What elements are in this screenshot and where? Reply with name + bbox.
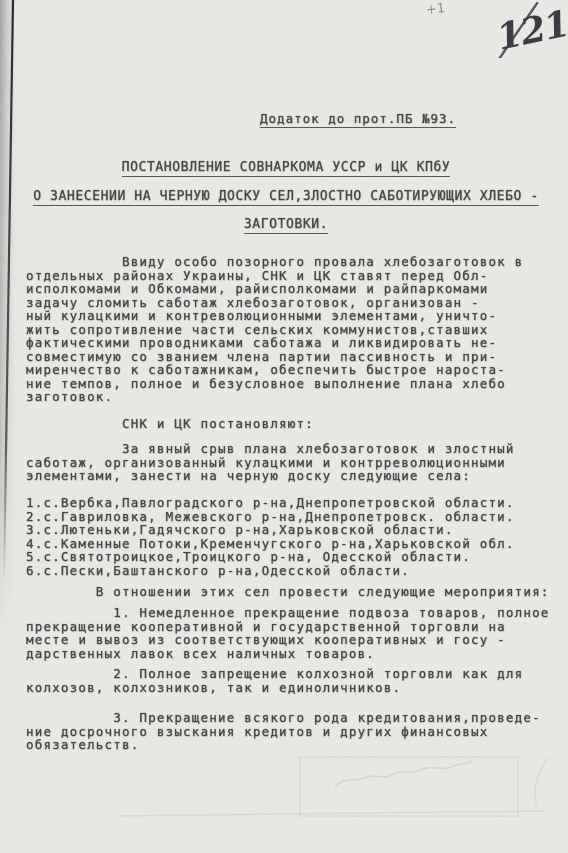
typed-line: прекращение кооперативной и государствен… [26, 620, 550, 634]
typed-line: дарственных лавок всех наличных товаров. [26, 647, 550, 661]
typed-line: Ввиду особо позорного провала хлебозагот… [26, 255, 523, 269]
typed-line: элементами, занести на черную доску след… [26, 469, 515, 483]
typed-line: 5.с.Святотроицкое,Троицкого р-на, Одесск… [26, 550, 515, 564]
typed-line: ние досрочного взыскания кредитов и друг… [26, 725, 541, 739]
appendix-note: Додаток до прот.ПБ №93. [260, 111, 456, 126]
blacklisted-village-list: 1.с.Вербка,Павлоградского р-на,Днепропет… [26, 496, 515, 577]
typed-line: миренчество к саботажникам, обеспечить б… [26, 363, 523, 377]
paper-edge-shadow [0, 0, 16, 640]
typed-line: 2. Полное запрещение колхозной торговли … [26, 667, 523, 681]
typed-line: совместимую со званием члена партии пасс… [26, 350, 523, 364]
measures-intro: В отношении этих сел провести следующие … [26, 585, 550, 599]
title-line-3: ЗАГОТОВКИ. [26, 217, 546, 246]
typed-line: фактическими проводниками саботажа и лик… [26, 336, 523, 350]
typed-line: задачу сломить саботаж хлебозаготовок, о… [26, 296, 523, 310]
typed-document-content: Додаток до прот.ПБ №93. ПОСТАНОВЛЕНИЕ СО… [26, 108, 546, 828]
title-line-1: ПОСТАНОВЛЕНИЕ СОВНАРКОМА УССР и ЦК КПбУ [26, 160, 546, 189]
typed-line: исполкомами и Обкомами, райисполкомами и… [26, 282, 523, 296]
measure-paragraph-2: 2. Полное запрещение колхозной торговли … [26, 667, 523, 694]
typed-line: ный кулацкими и контреволюционными элеме… [26, 309, 523, 323]
handwritten-page-number: 121 [488, 0, 566, 58]
typed-line: обязательств. [26, 738, 541, 752]
typed-line: 1. Немедленное прекращение подвоза товар… [26, 606, 550, 620]
preamble-paragraph: Ввиду особо позорного провала хлебозагот… [26, 255, 523, 404]
typed-line: За явный срыв плана хлебозаготовок и зло… [26, 442, 515, 456]
page-number-slash-stroke [490, 3, 547, 58]
typed-line: колхозов, колхозников, так и единоличник… [26, 681, 523, 695]
typed-line: 2.с.Гавриловка, Межевского р-на,Днепропе… [26, 510, 515, 524]
page-number-digits: 121 [493, 3, 566, 58]
title-line-2: О ЗАНЕСЕНИИ НА ЧЕРНУЮ ДОСКУ СЕЛ,ЗЛОСТНО … [26, 189, 546, 218]
resolution-lead: СНК и ЦК постановляют: [26, 417, 314, 431]
scanned-document-page: Додаток до прот.ПБ №93. ПОСТАНОВЛЕНИЕ СО… [0, 0, 568, 853]
typed-line: 4.с.Каменные Потоки,Кременчугского р-на,… [26, 537, 515, 551]
typed-line: месте и вывоз из соответствующих коопера… [26, 633, 550, 647]
typed-line: ние темпов, полное и безусловное выполне… [26, 377, 523, 391]
appendix-note-text: Додаток до прот.ПБ №93. [260, 111, 456, 128]
document-title: ПОСТАНОВЛЕНИЕ СОВНАРКОМА УССР и ЦК КПбУ … [26, 160, 546, 246]
typed-line: 3.с.Лютеньки,Гадячского р-на,Харьковской… [26, 523, 515, 537]
paper-edge-line [4, 0, 13, 580]
typed-line: саботаж, организованный кулацкими и конт… [26, 456, 515, 470]
typed-line: 3. Прекращение всякого рода кредитования… [26, 711, 541, 725]
resolution-paragraph: За явный срыв плана хлебозаготовок и зло… [26, 442, 515, 483]
typed-line: жить сопротивление части сельских коммун… [26, 323, 523, 337]
measure-paragraph-3: 3. Прекращение всякого рода кредитования… [26, 711, 541, 752]
typed-line: заготовок. [26, 390, 523, 404]
pencil-annotation: +1 [425, 1, 446, 18]
typed-line: 1.с.Вербка,Павлоградского р-на,Днепропет… [26, 496, 515, 510]
measure-paragraph-1: 1. Немедленное прекращение подвоза товар… [26, 606, 550, 660]
typed-line: 6.с.Пески,Баштанского р-на,Одесской обла… [26, 564, 515, 578]
typed-line: отдельных районах Украины, СНК и ЦК став… [26, 269, 523, 283]
